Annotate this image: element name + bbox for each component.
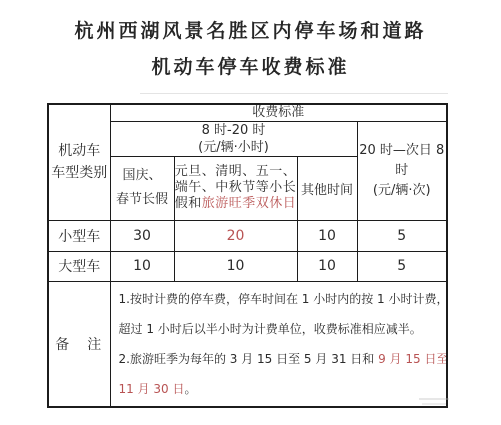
title-line2: 机动车停车收费标准	[0, 49, 501, 85]
note2-line2: 11 月 30 日。	[119, 374, 441, 404]
fee-large-night: 5	[357, 251, 447, 281]
golden-week-header: 国庆、 春节长假	[110, 156, 174, 220]
small-holiday-header: 元旦、清明、五一、端午、中秋节等小长假和旅游旺季双休日	[174, 156, 297, 220]
fee-small-holiday: 20	[174, 220, 297, 251]
note2-line2-end: 。	[184, 382, 196, 396]
fee-large-golden: 10	[110, 251, 174, 281]
remarks-content: 1.按时计费的停车费，停车时间在 1 小时内的按 1 小时计费， 超过 1 小时…	[110, 281, 447, 407]
fee-small-other: 10	[297, 220, 357, 251]
remark-label: 备 注	[48, 281, 110, 407]
table-row-remarks: 备 注 1.按时计费的停车费，停车时间在 1 小时内的按 1 小时计费， 超过 …	[48, 281, 447, 407]
note1-line1: 1.按时计费的停车费，停车时间在 1 小时内的按 1 小时计费，	[119, 284, 441, 314]
fee-small-golden: 30	[110, 220, 174, 251]
vehicle-type-header: 机动车 车型类别	[48, 104, 110, 220]
daytime-header-line2: (元/辆·小时)	[111, 139, 357, 156]
vehicle-type-header-line1: 机动车	[49, 140, 110, 162]
night-header: 20 时—次日 8 时 (元/辆·次)	[357, 121, 447, 220]
table-row-small-vehicle: 小型车 30 20 10 5	[48, 220, 447, 251]
other-time-header: 其他时间	[297, 156, 357, 220]
vehicle-type-header-line2: 车型类别	[49, 162, 110, 184]
note2-line2-red: 11 月 30 日	[119, 382, 185, 396]
watermark-smudge	[419, 397, 449, 407]
vehicle-type-large: 大型车	[48, 251, 110, 281]
page: 杭州西湖风景名胜区内停车场和道路 机动车停车收费标准 机动车 车型类别 收费标准…	[0, 0, 501, 425]
daytime-header-line1: 8 时-20 时	[111, 122, 357, 139]
table-row-large-vehicle: 大型车 10 10 10 5	[48, 251, 447, 281]
golden-week-header-line1: 国庆、	[111, 164, 174, 188]
daytime-header: 8 时-20 时 (元/辆·小时)	[110, 121, 357, 156]
page-title: 杭州西湖风景名胜区内停车场和道路 机动车停车收费标准	[0, 0, 501, 85]
fee-large-other: 10	[297, 251, 357, 281]
divider-artifact	[140, 93, 448, 94]
note2-line1: 2.旅游旺季为每年的 3 月 15 日至 5 月 31 日和 9 月 15 日至	[119, 344, 441, 374]
fee-standard-header: 收费标准	[110, 104, 447, 121]
fee-large-holiday: 10	[174, 251, 297, 281]
note2-line1-black: 2.旅游旺季为每年的 3 月 15 日至 5 月 31 日和	[119, 352, 379, 366]
golden-week-header-line2: 春节长假	[111, 188, 174, 212]
fee-small-night: 5	[357, 220, 447, 251]
small-holiday-header-red: 旅游旺季双休日	[202, 196, 297, 211]
vehicle-type-small: 小型车	[48, 220, 110, 251]
title-line1: 杭州西湖风景名胜区内停车场和道路	[0, 13, 501, 49]
note2-line1-red: 9 月 15 日至	[378, 352, 447, 366]
note1-line2: 超过 1 小时后以半小时为计费单位，收费标准相应减半。	[119, 314, 441, 344]
night-header-line1: 20 时—次日 8	[358, 141, 447, 161]
night-header-line3: (元/辆·次)	[358, 181, 447, 201]
night-header-line2: 时	[358, 161, 447, 181]
fee-table: 机动车 车型类别 收费标准 8 时-20 时 (元/辆·小时) 20 时—次日 …	[47, 103, 448, 408]
